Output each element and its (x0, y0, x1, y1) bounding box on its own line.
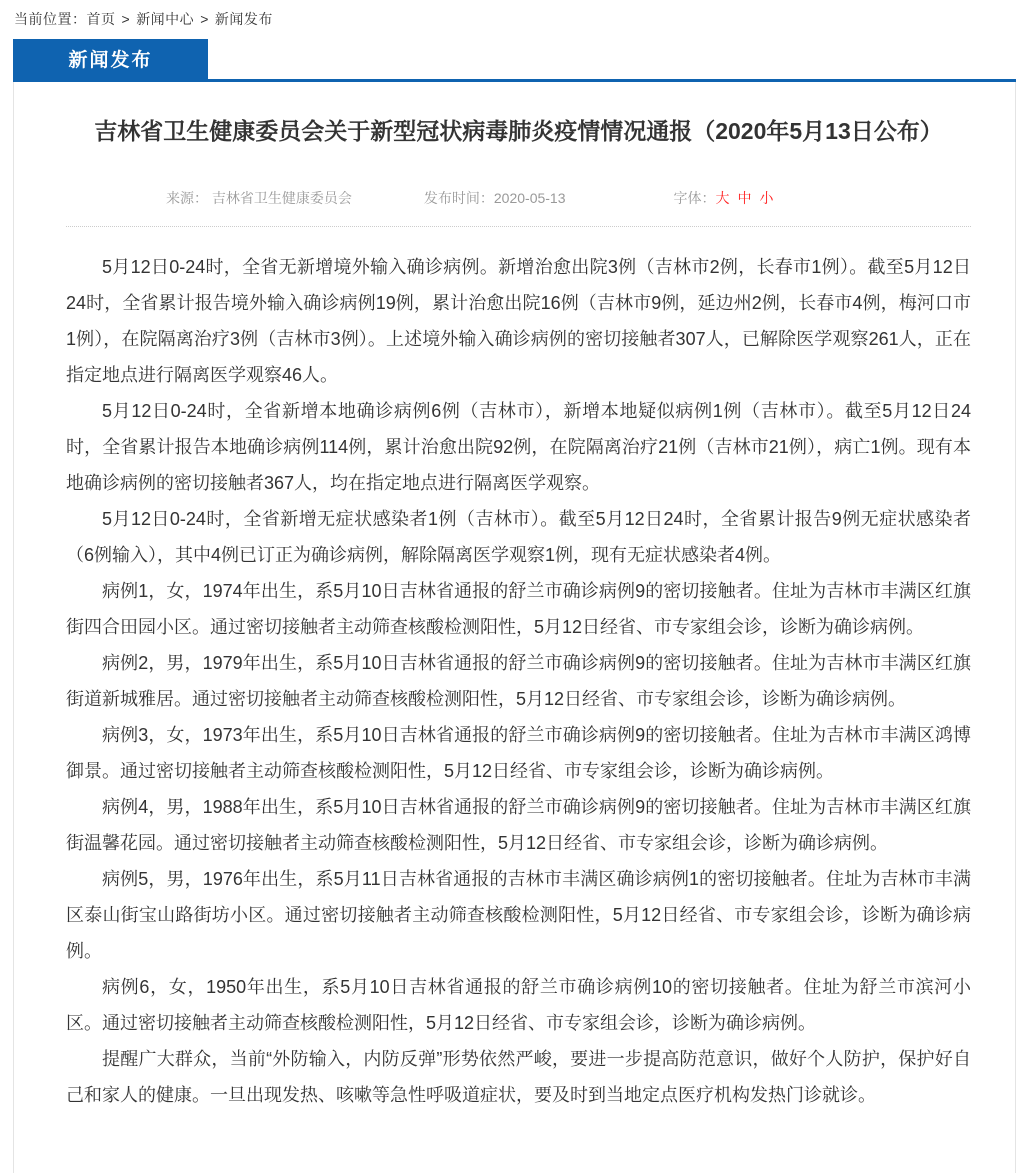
article-paragraph: 病例2，男，1979年出生，系5月10日吉林省通报的舒兰市确诊病例9的密切接触者… (66, 645, 971, 717)
article-paragraph: 病例5，男，1976年出生，系5月11日吉林省通报的吉林市丰满区确诊病例1的密切… (66, 861, 971, 969)
article-paragraph: 提醒广大群众，当前“外防输入，内防反弹”形势依然严峻，要进一步提高防范意识，做好… (66, 1041, 971, 1113)
source-value: 吉林省卫生健康委员会 (212, 190, 352, 206)
font-size-medium-button[interactable]: 中 (738, 190, 752, 206)
source-label: 来源： (166, 190, 212, 206)
article-paragraph: 病例1，女，1974年出生，系5月10日吉林省通报的舒兰市确诊病例9的密切接触者… (66, 573, 971, 645)
article-paragraph: 5月12日0-24时，全省无新增境外输入确诊病例。新增治愈出院3例（吉林市2例，… (66, 249, 971, 393)
time-value: 2020-05-13 (494, 190, 566, 206)
font-label: 字体： (674, 190, 716, 206)
tab-bar: 新闻发布 (13, 39, 1016, 82)
article-paragraph: 5月12日0-24时，全省新增本地确诊病例6例（吉林市），新增本地疑似病例1例（… (66, 393, 971, 501)
breadcrumb-separator: > (200, 11, 209, 27)
article-paragraph: 5月12日0-24时，全省新增无症状感染者1例（吉林市）。截至5月12日24时，… (66, 501, 971, 573)
breadcrumb-separator: > (122, 11, 131, 27)
font-size-small-button[interactable]: 小 (760, 190, 774, 206)
time-label: 发布时间： (424, 190, 494, 206)
font-size-switcher: 字体：大中小 (674, 188, 774, 208)
breadcrumb-label: 当前位置： (14, 11, 87, 27)
tab-news-release[interactable]: 新闻发布 (13, 39, 208, 82)
main-frame: 新闻发布 吉林省卫生健康委员会关于新型冠状病毒肺炎疫情情况通报（2020年5月1… (13, 39, 1016, 1173)
breadcrumb-item-news-center[interactable]: 新闻中心 (136, 11, 194, 27)
article-body: 5月12日0-24时，全省无新增境外输入确诊病例。新增治愈出院3例（吉林市2例，… (66, 249, 971, 1113)
page-title: 吉林省卫生健康委员会关于新型冠状病毒肺炎疫情情况通报（2020年5月13日公布） (66, 114, 971, 148)
font-size-large-button[interactable]: 大 (716, 190, 730, 206)
article-paragraph: 病例6，女，1950年出生，系5月10日吉林省通报的舒兰市确诊病例10的密切接触… (66, 969, 971, 1041)
article-paragraph: 病例3，女，1973年出生，系5月10日吉林省通报的舒兰市确诊病例9的密切接触者… (66, 717, 971, 789)
page: 当前位置：首页>新闻中心>新闻发布 新闻发布 吉林省卫生健康委员会关于新型冠状病… (0, 0, 1029, 1173)
article-meta: 来源： 吉林省卫生健康委员会 发布时间：2020-05-13 字体：大中小 (66, 188, 971, 227)
breadcrumb: 当前位置：首页>新闻中心>新闻发布 (0, 0, 1029, 39)
article-source: 来源： 吉林省卫生健康委员会 (166, 188, 352, 208)
article-paragraph: 病例4，男，1988年出生，系5月10日吉林省通报的舒兰市确诊病例9的密切接触者… (66, 789, 971, 861)
breadcrumb-item-news-release[interactable]: 新闻发布 (215, 11, 273, 27)
breadcrumb-item-home[interactable]: 首页 (87, 11, 116, 27)
article-publish-time: 发布时间：2020-05-13 (424, 188, 566, 208)
article-content: 吉林省卫生健康委员会关于新型冠状病毒肺炎疫情情况通报（2020年5月13日公布）… (13, 82, 1016, 1173)
